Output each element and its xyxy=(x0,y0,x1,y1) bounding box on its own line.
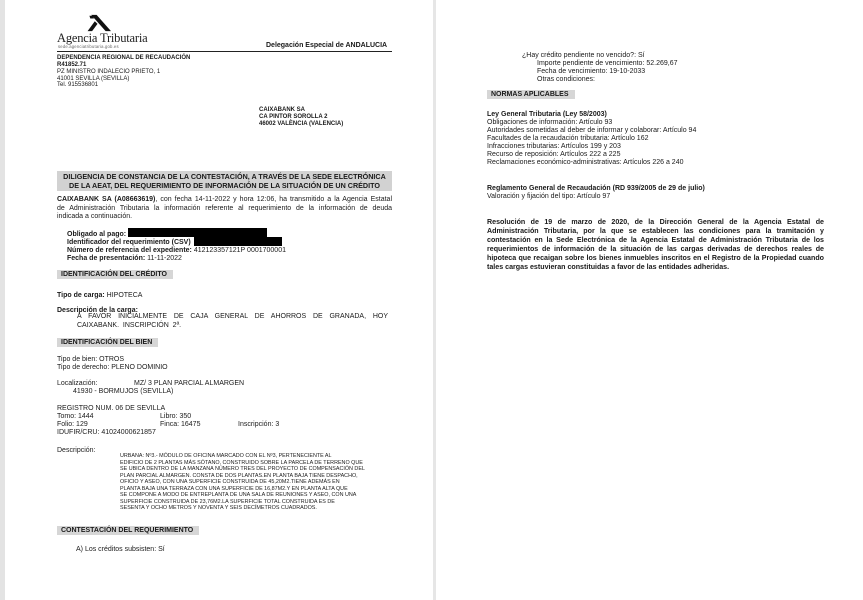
fecha-presentacion-field: Fecha de presentación: 11-11-2022 xyxy=(67,254,182,263)
section-normas-aplicables: NORMAS APLICABLES xyxy=(487,90,575,99)
tipo-derecho: Tipo de derecho: PLENO DOMINIO xyxy=(57,363,168,372)
obligado-redacted xyxy=(128,228,267,237)
descripcion-carga-line2: CAIXABANK. INSCRIPCIÓN 2ª. xyxy=(77,321,181,330)
creditos-subsisten: A) Los créditos subsisten: Sí xyxy=(76,545,165,554)
lgt-item: Reclamaciones económico-administrativas:… xyxy=(487,158,684,167)
sender-phone: Tel. 915536801 xyxy=(57,82,98,89)
intro-company: CAIXABANK SA (A08663619) xyxy=(57,196,155,203)
descripcion-bien-text: URBANA: Nº3.- MÓDULO DE OFICINA MARCADO … xyxy=(120,453,390,512)
otras-condiciones: Otras condiciones: xyxy=(537,75,595,84)
inscripcion: Inscripción: 3 xyxy=(238,420,279,429)
intro-line3: indicada a continuación. xyxy=(57,213,392,222)
fecha-presentacion-value: 11-11-2022 xyxy=(147,255,182,262)
document-title-line1: DILIGENCIA DE CONSTANCIA DE LA CONTESTAC… xyxy=(57,172,392,181)
document-title-line2: DE LA AEAT, DEL REQUERIMIENTO DE INFORMA… xyxy=(57,181,392,190)
csv-redacted xyxy=(194,237,282,246)
intro-line1-rest: , con fecha 14-11-2022 y hora 12:06, ha … xyxy=(155,196,392,203)
localizacion-line2: 41930 - BORMUJOS (SEVILLA) xyxy=(73,387,173,396)
section-identificacion-credito: IDENTIFICACIÓN DEL CRÉDITO xyxy=(57,270,173,279)
expediente-value: 412123357121P 0001700001 xyxy=(194,247,286,254)
section-identificacion-bien: IDENTIFICACIÓN DEL BIEN xyxy=(57,338,158,347)
delegacion-heading: Delegación Especial de ANDALUCIA xyxy=(266,42,387,49)
document-title: DILIGENCIA DE CONSTANCIA DE LA CONTESTAC… xyxy=(57,171,392,191)
idufir: IDUFIR/CRU: 41024000621857 xyxy=(57,428,156,437)
resolucion-paragraph: Resolución de 19 de marzo de 2020, de la… xyxy=(487,218,824,272)
section-contestacion: CONTESTACIÓN DEL REQUERIMIENTO xyxy=(57,526,199,535)
finca: Finca: 16475 xyxy=(160,420,200,429)
tipo-carga-field: Tipo de carga: HIPOTECA xyxy=(57,291,142,300)
intro-paragraph: CAIXABANK SA (A08663619), con fecha 14-1… xyxy=(57,196,392,222)
tipo-carga-value: HIPOTECA xyxy=(107,292,143,299)
intro-line2: de Administración Tributaria la informac… xyxy=(57,205,392,214)
recipient-city: 46002 VALÈNCIA (VALENCIA) xyxy=(259,121,343,128)
logo-url: sede.agenciatributaria.gob.es xyxy=(58,44,119,49)
descripcion-bien-label: Descripción: xyxy=(57,446,96,455)
rgr-item: Valoración y fijación del tipo: Artículo… xyxy=(487,192,610,201)
header-rule xyxy=(57,51,392,52)
page-divider xyxy=(433,0,436,600)
